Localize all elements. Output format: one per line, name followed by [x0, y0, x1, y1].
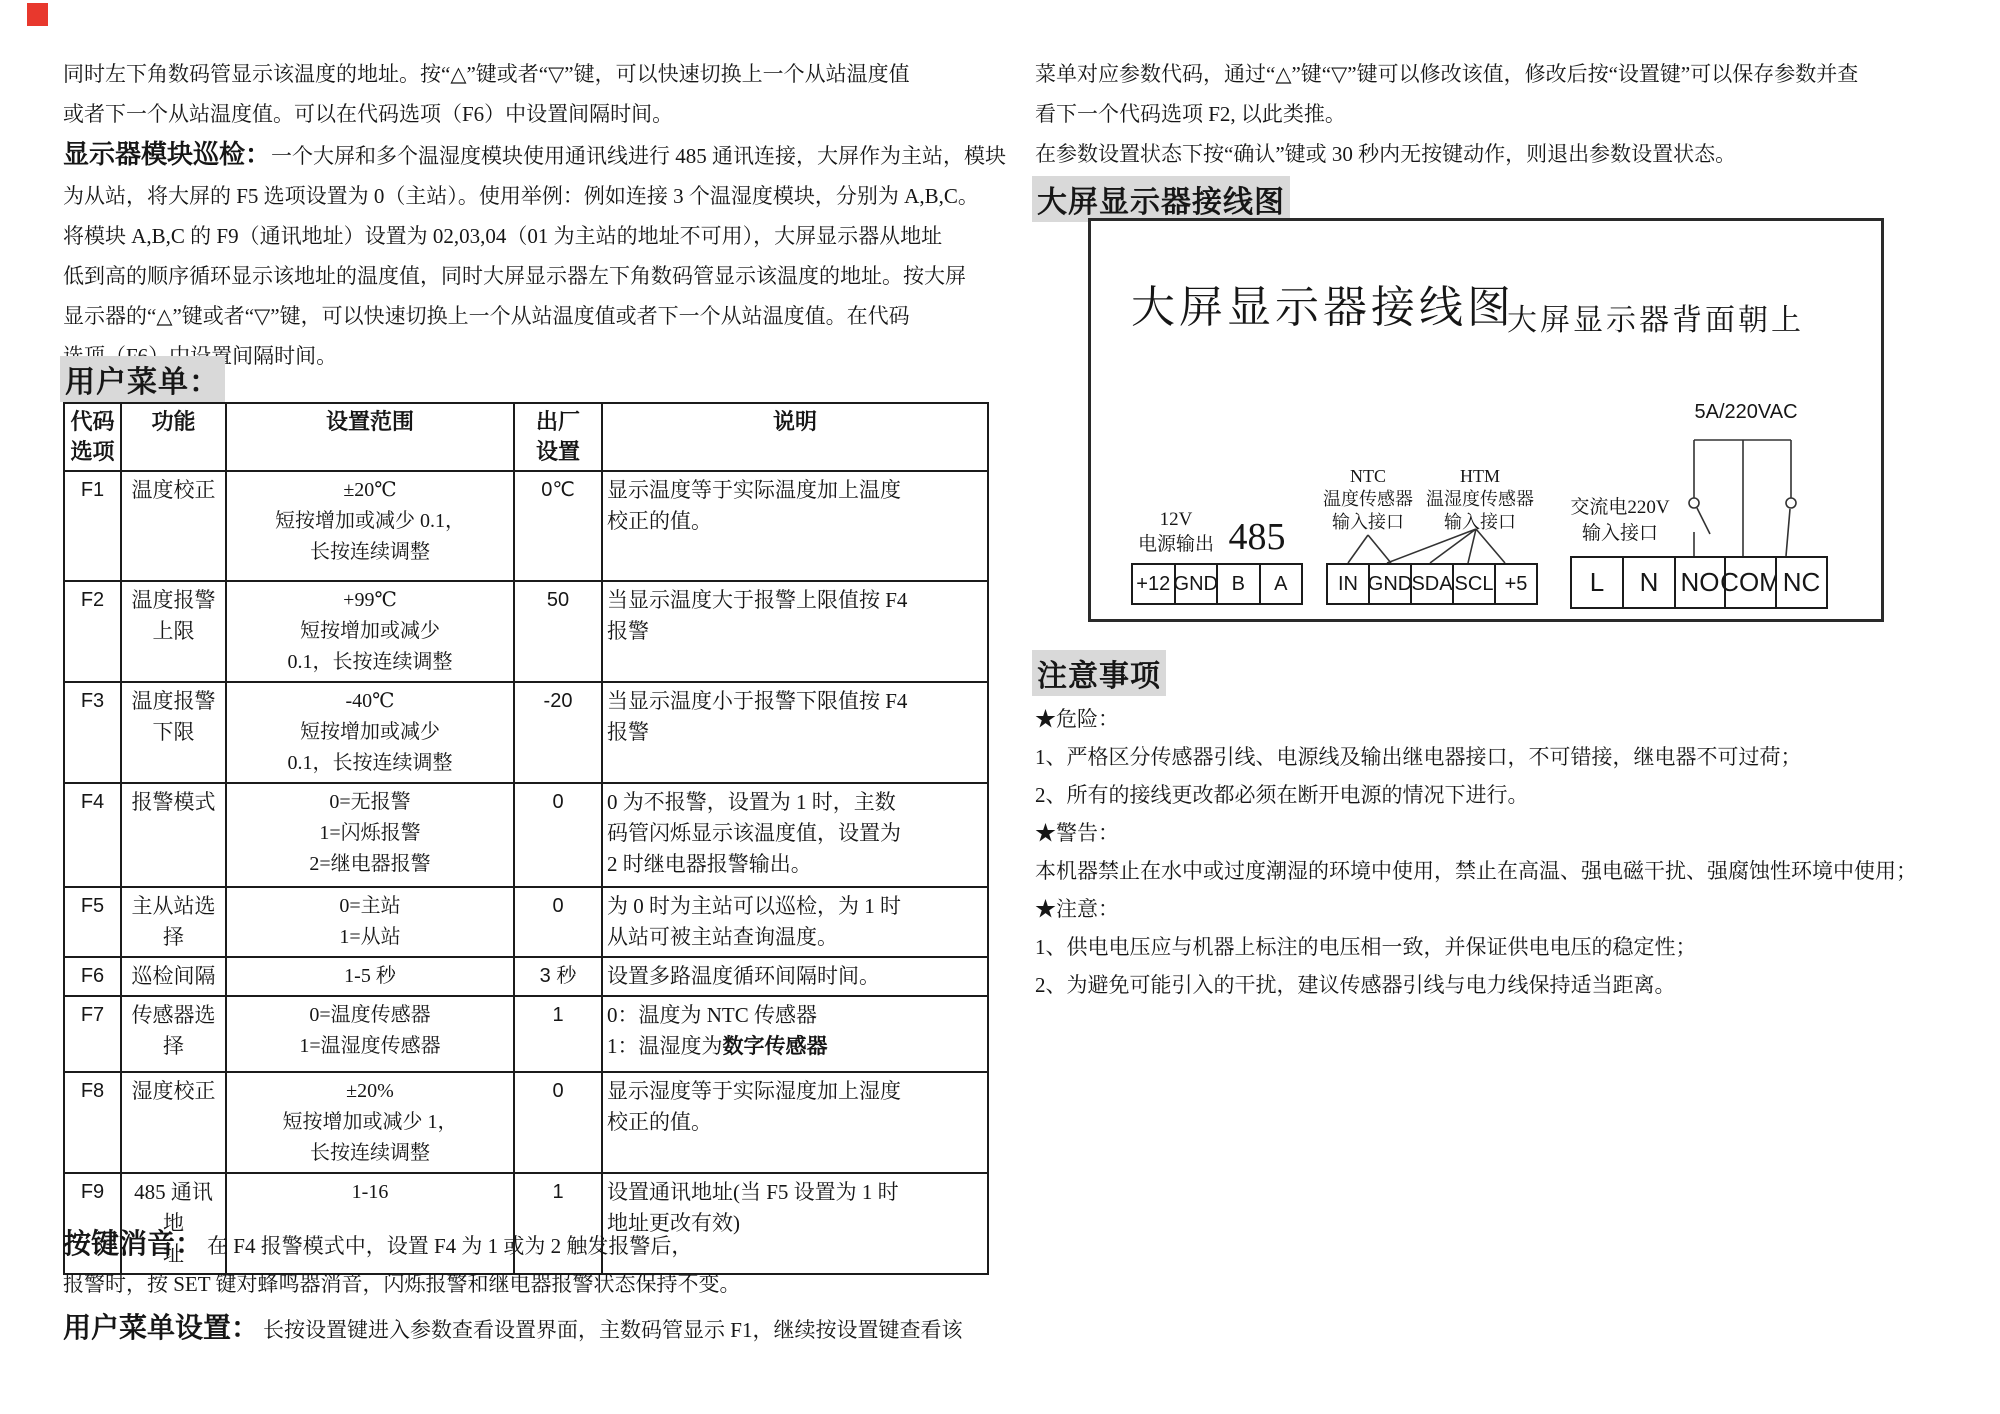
table-cell: 显示湿度等于实际湿度加上湿度 校正的值。	[602, 1072, 988, 1173]
mute-text-1: 在 F4 报警模式中，设置 F4 为 1 或为 2 触发报警后，	[207, 1234, 692, 1258]
terminal-cell: GND	[1174, 563, 1219, 605]
table-cell: 0	[514, 887, 602, 957]
table-row: F5主从站选 择0=主站 1=从站0为 0 时为主站可以巡检，为 1 时 从站可…	[64, 887, 988, 957]
patrol-rest-lines: 为从站，将大屏的 F5 选项设置为 0（主站）。使用举例：例如连接 3 个温湿度…	[63, 176, 1006, 376]
text-line: 菜单对应参数代码，通过“△”键“▽”键可以修改该值，修改后按“设置键”可以保存参…	[1035, 54, 1858, 94]
table-cell: 1-5 秒	[226, 957, 514, 996]
table-cell: 0=主站 1=从站	[226, 887, 514, 957]
table-cell: F5	[64, 887, 121, 957]
text-line: 同时左下角数码管显示该温度的地址。按“△”键或者“▽”键，可以快速切换上一个从站…	[63, 54, 910, 94]
terminal-cell: GND	[1368, 563, 1412, 605]
table-row: F3温度报警 下限-40℃ 短按增加或减少 0.1，长按连续调整-20当显示温度…	[64, 682, 988, 783]
table-cell: F1	[64, 471, 121, 581]
menu-set-label: 用户菜单设置：	[63, 1312, 259, 1343]
table-cell: 湿度校正	[121, 1072, 226, 1173]
table-cell: 温度报警 下限	[121, 682, 226, 783]
text-line: 显示器模块巡检：一个大屏和多个温湿度模块使用通讯线进行 485 通讯连接，大屏作…	[63, 134, 1006, 176]
table-cell: 为 0 时为主站可以巡检，为 1 时 从站可被主站查询温度。	[602, 887, 988, 957]
terminal-cell: +12	[1131, 563, 1176, 605]
table-cell: 0	[514, 783, 602, 887]
red-corner-mark	[27, 3, 48, 26]
mute-label: 按键消音：	[63, 1228, 203, 1259]
right-paragraph: 菜单对应参数代码，通过“△”键“▽”键可以修改该值，修改后按“设置键”可以保存参…	[1035, 54, 1858, 174]
terminal-cell: COM	[1724, 556, 1777, 609]
left-paragraph-1: 同时左下角数码管显示该温度的地址。按“△”键或者“▽”键，可以快速切换上一个从站…	[63, 54, 910, 134]
table-cell: 50	[514, 581, 602, 682]
text-line: 低到高的顺序循环显示该地址的温度值，同时大屏显示器左下角数码管显示该温度的地址。…	[63, 256, 1006, 296]
notes-list: ★危险：1、严格区分传感器引线、电源线及输出继电器接口，不可错接，继电器不可过荷…	[1035, 700, 1917, 1004]
text-line: ★注意：	[1035, 890, 1917, 928]
text-line: 为从站，将大屏的 F5 选项设置为 0（主站）。使用举例：例如连接 3 个温湿度…	[63, 176, 1006, 216]
manual-page: 同时左下角数码管显示该温度的地址。按“△”键或者“▽”键，可以快速切换上一个从站…	[0, 0, 2000, 1414]
table-cell: 设置多路温度循环间隔时间。	[602, 957, 988, 996]
user-menu-table: 代码 选项 功能 设置范围 出厂 设置 说明 F1温度校正±20℃ 短按增加或减…	[63, 402, 989, 1275]
table-row: F6巡检间隔1-5 秒3 秒设置多路温度循环间隔时间。	[64, 957, 988, 996]
terminal-cell: NO	[1674, 556, 1726, 609]
relay-terminal-block: LNNOCOMNC	[1570, 556, 1828, 609]
table-cell: ±20% 短按增加或减少 1， 长按连续调整	[226, 1072, 514, 1173]
text-line: 看下一个代码选项 F2, 以此类推。	[1035, 94, 1858, 134]
table-cell: 0	[514, 1072, 602, 1173]
terminal-cell: +5	[1494, 563, 1538, 605]
table-row: F4报警模式0=无报警 1=闪烁报警 2=继电器报警00 为不报警，设置为 1 …	[64, 783, 988, 887]
table-cell: 0 为不报警，设置为 1 时，主数 码管闪烁显示该温度值，设置为 2 时继电器报…	[602, 783, 988, 887]
table-cell: 0：温度为 NTC 传感器 1：温湿度为数字传感器	[602, 996, 988, 1072]
wiring-heading-wrap: 大屏显示器接线图	[1032, 176, 1290, 222]
terminal-cell: L	[1570, 556, 1624, 609]
wiring-diagram: 大屏显示器接线图 大屏显示器背面朝上 12V 电源输出 485 NTC 温度传感…	[1088, 218, 1884, 622]
col-header-code: 代码 选项	[64, 403, 121, 471]
text-line: 1、严格区分传感器引线、电源线及输出继电器接口，不可错接，继电器不可过荷；	[1035, 738, 1917, 776]
col-header-default: 出厂 设置	[514, 403, 602, 471]
table-cell: 温度校正	[121, 471, 226, 581]
col-header-desc: 说明	[602, 403, 988, 471]
table-row: F7传感器选 择0=温度传感器 1=温湿度传感器10：温度为 NTC 传感器 1…	[64, 996, 988, 1072]
table-cell: 温度报警 上限	[121, 581, 226, 682]
table-row: F8湿度校正±20% 短按增加或减少 1， 长按连续调整0显示湿度等于实际湿度加…	[64, 1072, 988, 1173]
table-cell: 3 秒	[514, 957, 602, 996]
terminal-cell: SCL	[1452, 563, 1496, 605]
terminal-cell: A	[1259, 563, 1304, 605]
table-cell: 显示温度等于实际温度加上温度 校正的值。	[602, 471, 988, 581]
table-cell: 当显示温度大于报警上限值按 F4 报警	[602, 581, 988, 682]
sensor-terminal-block: INGNDSDASCL+5	[1326, 563, 1538, 605]
user-menu-heading-wrap: 用户菜单：	[60, 356, 225, 402]
table-cell: -20	[514, 682, 602, 783]
text-line: 显示器的“△”键或者“▽”键，可以快速切换上一个从站温度值或者下一个从站温度值。…	[63, 296, 1006, 336]
text-line: ★警告：	[1035, 814, 1917, 852]
menu-table-body: F1温度校正±20℃ 短按增加或减少 0.1， 长按连续调整0℃显示温度等于实际…	[64, 471, 988, 1274]
table-cell: 传感器选 择	[121, 996, 226, 1072]
user-menu-heading: 用户菜单：	[60, 356, 225, 402]
text-line: 在参数设置状态下按“确认”键或 30 秒内无按键动作，则退出参数设置状态。	[1035, 134, 1858, 174]
table-row: F1温度校正±20℃ 短按增加或减少 0.1， 长按连续调整0℃显示温度等于实际…	[64, 471, 988, 581]
patrol-first-line: 一个大屏和多个温湿度模块使用通讯线进行 485 通讯连接，大屏作为主站，模块	[271, 144, 1006, 168]
menu-set-text: 长按设置键进入参数查看设置界面，主数码管显示 F1，继续按设置键查看该	[263, 1318, 962, 1342]
terminal-cell: IN	[1326, 563, 1370, 605]
mute-line-2: 报警时，按 SET 键对蜂鸣器消音，闪烁报警和继电器报警状态保持不变。	[63, 1268, 740, 1298]
table-cell: 报警模式	[121, 783, 226, 887]
text-line: ★危险：	[1035, 700, 1917, 738]
table-cell: F3	[64, 682, 121, 783]
table-row: F2温度报警 上限+99℃ 短按增加或减少 0.1，长按连续调整50当显示温度大…	[64, 581, 988, 682]
table-cell: 0=温度传感器 1=温湿度传感器	[226, 996, 514, 1072]
col-header-range: 设置范围	[226, 403, 514, 471]
terminal-cell: B	[1216, 563, 1261, 605]
table-cell: 0=无报警 1=闪烁报警 2=继电器报警	[226, 783, 514, 887]
table-cell: -40℃ 短按增加或减少 0.1，长按连续调整	[226, 682, 514, 783]
text-line: 将模块 A,B,C 的 F9（通讯地址）设置为 02,03,04（01 为主站的…	[63, 216, 1006, 256]
table-cell: ±20℃ 短按增加或减少 0.1， 长按连续调整	[226, 471, 514, 581]
table-header-row: 代码 选项 功能 设置范围 出厂 设置 说明	[64, 403, 988, 471]
table-cell: 0℃	[514, 471, 602, 581]
table-cell: F7	[64, 996, 121, 1072]
table-cell: 主从站选 择	[121, 887, 226, 957]
text-line: 2、所有的接线更改都必须在断开电源的情况下进行。	[1035, 776, 1917, 814]
table-cell: +99℃ 短按增加或减少 0.1，长按连续调整	[226, 581, 514, 682]
text-line: 本机器禁止在水中或过度潮湿的环境中使用，禁止在高温、强电磁干扰、强腐蚀性环境中使…	[1035, 852, 1917, 890]
terminal-cell: SDA	[1410, 563, 1454, 605]
text-line: 或者下一个从站温度值。可以在代码选项（F6）中设置间隔时间。	[63, 94, 910, 134]
table-cell: F2	[64, 581, 121, 682]
table-cell: F4	[64, 783, 121, 887]
terminal-cell: N	[1622, 556, 1676, 609]
terminal-cell: NC	[1775, 556, 1828, 609]
table-cell: 巡检间隔	[121, 957, 226, 996]
table-cell: 1	[514, 996, 602, 1072]
menu-set-line: 用户菜单设置： 长按设置键进入参数查看设置界面，主数码管显示 F1，继续按设置键…	[63, 1306, 962, 1346]
table-cell: F8	[64, 1072, 121, 1173]
text-line: 2、为避免可能引入的干扰，建议传感器引线与电力线保持适当距离。	[1035, 966, 1917, 1004]
notes-heading: 注意事项	[1032, 650, 1166, 696]
left-paragraph-2: 显示器模块巡检：一个大屏和多个温湿度模块使用通讯线进行 485 通讯连接，大屏作…	[63, 134, 1006, 376]
patrol-label: 显示器模块巡检：	[63, 139, 271, 169]
table-cell: F6	[64, 957, 121, 996]
wiring-heading: 大屏显示器接线图	[1032, 176, 1290, 222]
text-line: 1、供电电压应与机器上标注的电压相一致，并保证供电电压的稳定性；	[1035, 928, 1917, 966]
mute-line-1: 按键消音： 在 F4 报警模式中，设置 F4 为 1 或为 2 触发报警后，	[63, 1222, 692, 1262]
col-header-func: 功能	[121, 403, 226, 471]
power-terminal-block: +12GNDBA	[1131, 563, 1303, 605]
notes-heading-wrap: 注意事项	[1032, 650, 1166, 696]
table-cell: 当显示温度小于报警下限值按 F4 报警	[602, 682, 988, 783]
